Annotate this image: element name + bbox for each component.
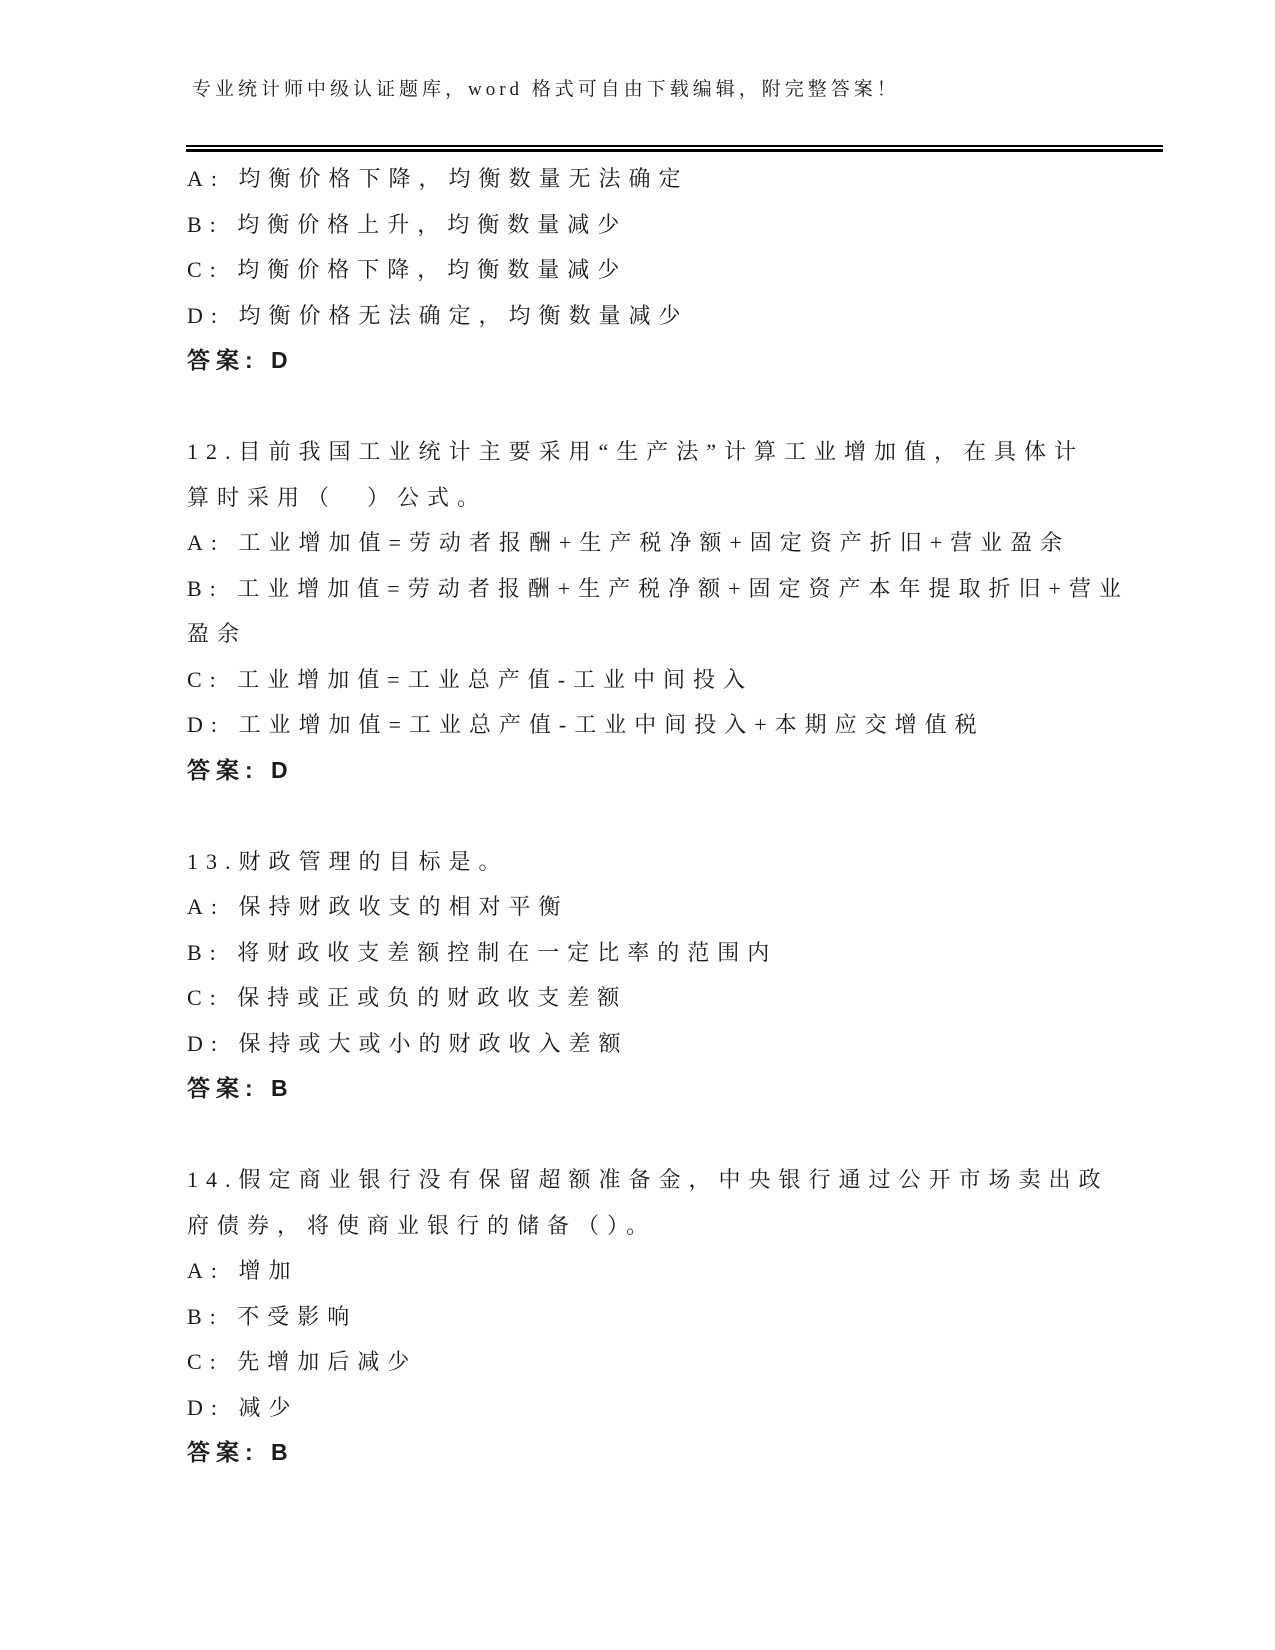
question-block-13: 13.财政管理的目标是。 A: 保持财政收支的相对平衡 B: 将财政收支差额控制… xyxy=(187,839,1275,1158)
option-line: C: 工业增加值=工业总产值-工业中间投入 xyxy=(187,657,1275,703)
option-line: A: 均衡价格下降，均衡数量无法确定 xyxy=(187,156,1275,202)
answer-line: 答案: D xyxy=(187,338,1275,384)
option-line-wrap: 盈余 xyxy=(187,611,1275,657)
questions-area: A: 均衡价格下降，均衡数量无法确定 B: 均衡价格上升，均衡数量减少 C: 均… xyxy=(187,156,1275,1476)
paragraph-gap xyxy=(187,1112,1275,1158)
option-line: C: 保持或正或负的财政收支差额 xyxy=(187,975,1275,1021)
option-line: B: 工业增加值=劳动者报酬+生产税净额+固定资产本年提取折旧+营业 xyxy=(187,566,1275,612)
option-line: D: 工业增加值=工业总产值-工业中间投入+本期应交增值税 xyxy=(187,702,1275,748)
option-line: B: 均衡价格上升，均衡数量减少 xyxy=(187,202,1275,248)
paragraph-gap xyxy=(187,384,1275,430)
question-block-12: 12.目前我国工业统计主要采用“生产法”计算工业增加值，在具体计 算时采用（ ）… xyxy=(187,429,1275,839)
question-stem-line: 府债券，将使商业银行的储备（）。 xyxy=(187,1203,1275,1249)
header-divider-rule xyxy=(186,145,1163,152)
document-page: 专业统计师中级认证题库，word 格式可自由下载编辑，附完整答案！ A: 均衡价… xyxy=(0,0,1275,1650)
option-line: C: 均衡价格下降，均衡数量减少 xyxy=(187,247,1275,293)
option-line: A: 工业增加值=劳动者报酬+生产税净额+固定资产折旧+营业盈余 xyxy=(187,520,1275,566)
question-stem-line: 12.目前我国工业统计主要采用“生产法”计算工业增加值，在具体计 xyxy=(187,429,1275,475)
option-line: D: 均衡价格无法确定，均衡数量减少 xyxy=(187,293,1275,339)
question-block-11-tail: A: 均衡价格下降，均衡数量无法确定 B: 均衡价格上升，均衡数量减少 C: 均… xyxy=(187,156,1275,429)
answer-line: 答案: D xyxy=(187,748,1275,794)
option-line: A: 保持财政收支的相对平衡 xyxy=(187,884,1275,930)
paragraph-gap xyxy=(187,793,1275,839)
question-stem-line: 14.假定商业银行没有保留超额准备金，中央银行通过公开市场卖出政 xyxy=(187,1157,1275,1203)
question-stem-line: 13.财政管理的目标是。 xyxy=(187,839,1275,885)
page-header-title: 专业统计师中级认证题库，word 格式可自由下载编辑，附完整答案！ xyxy=(192,0,1275,102)
option-line: B: 将财政收支差额控制在一定比率的范围内 xyxy=(187,930,1275,976)
option-line: D: 保持或大或小的财政收入差额 xyxy=(187,1021,1275,1067)
answer-line: 答案: B xyxy=(187,1066,1275,1112)
question-block-14: 14.假定商业银行没有保留超额准备金，中央银行通过公开市场卖出政 府债券，将使商… xyxy=(187,1157,1275,1476)
question-stem-line: 算时采用（ ）公式。 xyxy=(187,475,1275,521)
answer-line: 答案: B xyxy=(187,1430,1275,1476)
option-line: B: 不受影响 xyxy=(187,1294,1275,1340)
option-line: A: 增加 xyxy=(187,1248,1275,1294)
option-line: D: 减少 xyxy=(187,1385,1275,1431)
option-line: C: 先增加后减少 xyxy=(187,1339,1275,1385)
